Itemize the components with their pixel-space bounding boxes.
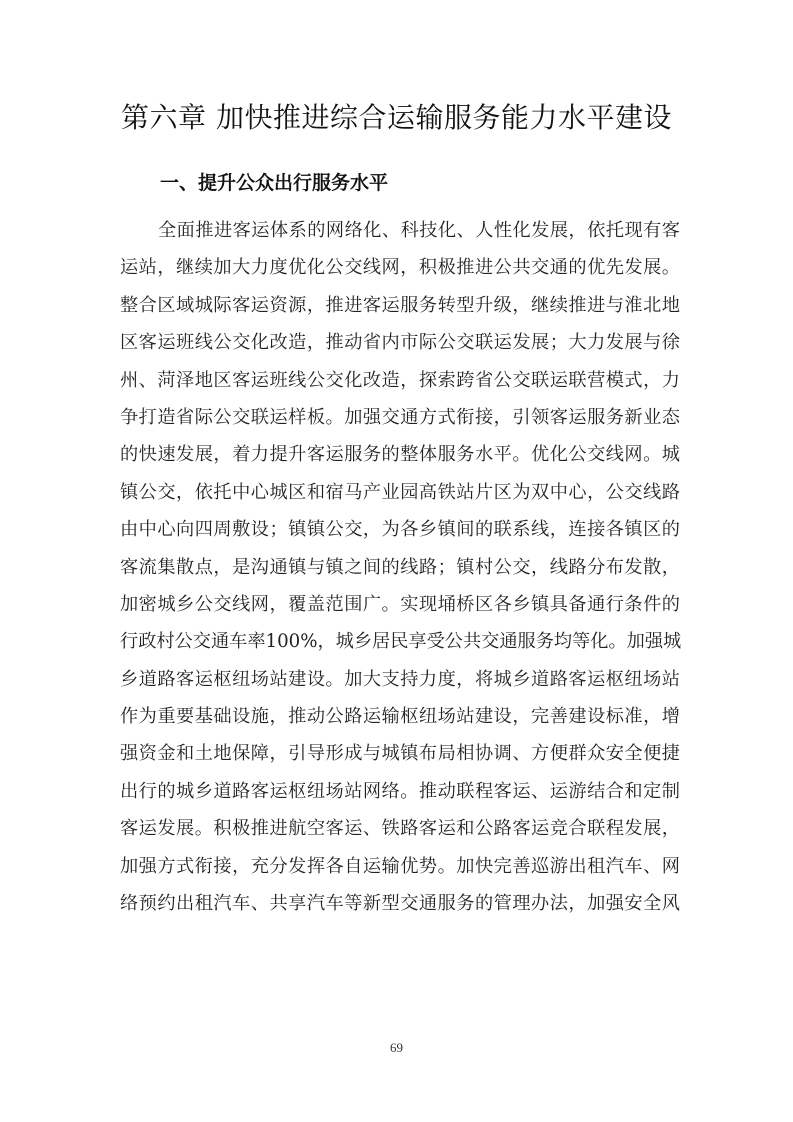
paragraph-line: 运站，继续加大力度优化公交线网，积极推进公共交通的优先发展。 — [120, 252, 680, 289]
paragraph-line: 强资金和土地保障，引导形成与城镇布局相协调、方便群众安全便捷 — [120, 738, 680, 775]
paragraph-line: 乡道路客运枢纽场站建设。加大支持力度，将城乡道路客运枢纽场站 — [120, 664, 680, 701]
paragraph-line: 整合区域城际客运资源，推进客运服务转型升级，继续推进与淮北地 — [120, 290, 680, 327]
section-heading: 一、提升公众出行服务水平 — [160, 168, 388, 198]
paragraph-line: 客运发展。积极推进航空客运、铁路客运和公路客运竞合联程发展， — [120, 813, 680, 850]
paragraph-line: 行政村公交通车率100%，城乡居民享受公共交通服务均等化。加强城 — [120, 626, 680, 663]
paragraph-line: 州、菏泽地区客运班线公交化改造，探索跨省公交联运联营模式，力 — [120, 365, 680, 402]
paragraph-line: 客流集散点，是沟通镇与镇之间的线路；镇村公交，线路分布发散， — [120, 552, 680, 589]
paragraph-line: 全面推进客运体系的网络化、科技化、人性化发展，依托现有客 — [120, 215, 680, 252]
paragraph-line: 镇公交，依托中心城区和宿马产业园高铁站片区为双中心，公交线路 — [120, 477, 680, 514]
page-number: 69 — [0, 1040, 793, 1056]
paragraph-line: 区客运班线公交化改造，推动省内市际公交联运发展；大力发展与徐 — [120, 327, 680, 364]
paragraph-line: 作为重要基础设施，推动公路运输枢纽场站建设，完善建设标准，增 — [120, 701, 680, 738]
chapter-title: 第六章 加快推进综合运输服务能力水平建设 — [0, 98, 793, 138]
body-paragraph: 全面推进客运体系的网络化、科技化、人性化发展，依托现有客 运站，继续加大力度优化… — [120, 215, 680, 925]
paragraph-line: 加密城乡公交线网，覆盖范围广。实现埇桥区各乡镇具备通行条件的 — [120, 589, 680, 626]
paragraph-line: 争打造省际公交联运样板。加强交通方式衔接，引领客运服务新业态 — [120, 402, 680, 439]
paragraph-line: 的快速发展，着力提升客运服务的整体服务水平。优化公交线网。城 — [120, 439, 680, 476]
paragraph-line: 加强方式衔接，充分发挥各自运输优势。加快完善巡游出租汽车、网 — [120, 851, 680, 888]
paragraph-line: 出行的城乡道路客运枢纽场站网络。推动联程客运、运游结合和定制 — [120, 776, 680, 813]
paragraph-line: 络预约出租汽车、共享汽车等新型交通服务的管理办法，加强安全风 — [120, 888, 680, 925]
paragraph-line: 由中心向四周敷设；镇镇公交，为各乡镇间的联系线，连接各镇区的 — [120, 514, 680, 551]
